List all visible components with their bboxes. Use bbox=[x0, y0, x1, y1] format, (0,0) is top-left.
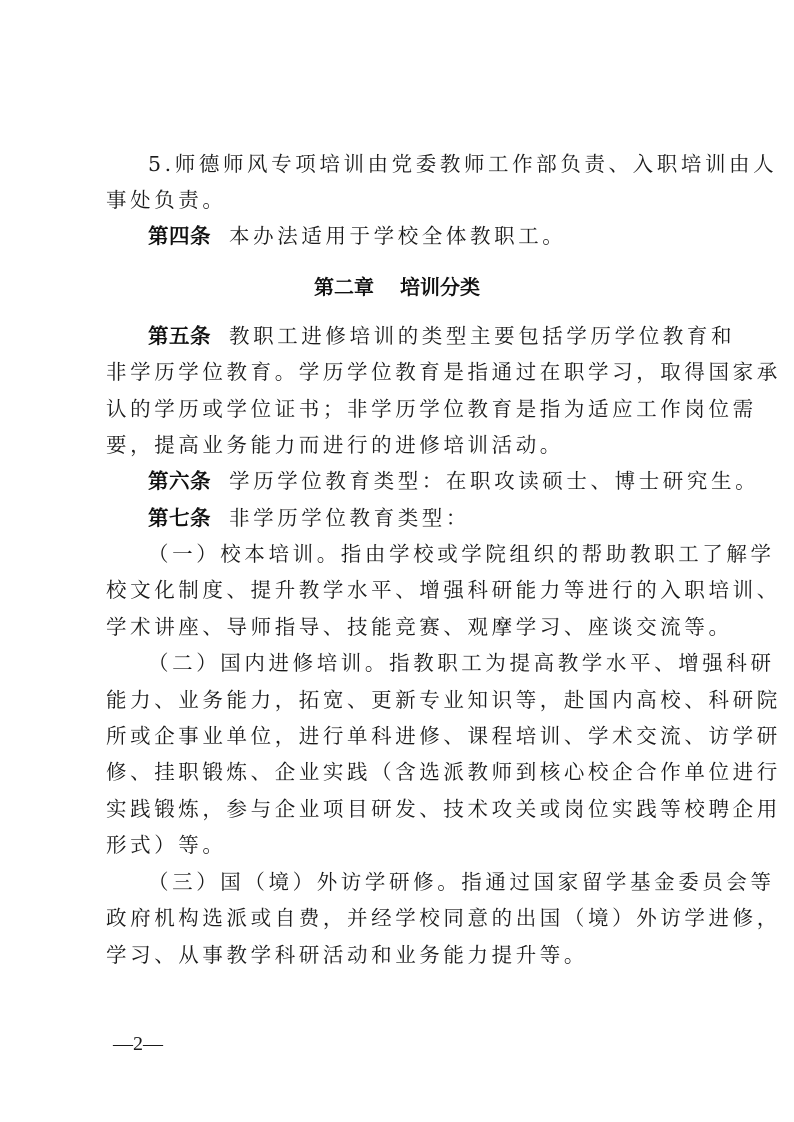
item1-line-1: （一）校本培训。指由学校或学院组织的帮助教职工了解学 bbox=[148, 540, 736, 568]
article-6: 第六条学历学位教育类型：在职攻读硕士、博士研究生。 bbox=[148, 467, 736, 495]
article-4-label: 第四条 bbox=[148, 224, 211, 248]
article-5-line-4: 要，提高业务能力而进行的进修培训活动。 bbox=[106, 431, 694, 459]
article-6-text: 学历学位教育类型：在职攻读硕士、博士研究生。 bbox=[229, 469, 759, 493]
item5-line-1: 5.师德师风专项培训由党委教师工作部负责、入职培训由人 bbox=[148, 150, 736, 178]
item3-line-1: （三）国（境）外访学研修。指通过国家留学基金委员会等 bbox=[148, 868, 736, 896]
article-5-label: 第五条 bbox=[148, 324, 211, 348]
item3-line-3: 学习、从事教学科研活动和业务能力提升等。 bbox=[106, 941, 694, 969]
document-page: 5.师德师风专项培训由党委教师工作部负责、入职培训由人 事处负责。 第四条本办法… bbox=[0, 0, 794, 1122]
item2-line-4: 修、挂职锻炼、企业实践（含选派教师到核心校企合作单位进行 bbox=[106, 758, 694, 786]
article-7: 第七条非学历学位教育类型： bbox=[148, 504, 736, 532]
article-4: 第四条本办法适用于学校全体教职工。 bbox=[148, 222, 736, 250]
article-4-text: 本办法适用于学校全体教职工。 bbox=[229, 224, 566, 248]
item3-line-2: 政府机构选派或自费，并经学校同意的出国（境）外访学进修， bbox=[106, 904, 694, 932]
item1-line-2: 校文化制度、提升教学水平、增强科研能力等进行的入职培训、 bbox=[106, 576, 694, 604]
article-6-label: 第六条 bbox=[148, 469, 211, 493]
item1-line-3: 学术讲座、导师指导、技能竞赛、观摩学习、座谈交流等。 bbox=[106, 613, 694, 641]
chapter-heading: 第二章培训分类 bbox=[0, 273, 794, 301]
article-5-line-3: 认的学历或学位证书；非学历学位教育是指为适应工作岗位需 bbox=[106, 395, 694, 423]
item2-line-1: （二）国内进修培训。指教职工为提高教学水平、增强科研 bbox=[148, 649, 736, 677]
item2-line-5: 实践锻炼，参与企业项目研发、技术攻关或岗位实践等校聘企用 bbox=[106, 795, 694, 823]
item2-line-2: 能力、业务能力，拓宽、更新专业知识等，赴国内高校、科研院 bbox=[106, 686, 694, 714]
article-7-text: 非学历学位教育类型： bbox=[229, 506, 470, 530]
chapter-title: 培训分类 bbox=[400, 273, 480, 301]
item2-line-3: 所或企事业单位，进行单科进修、课程培训、学术交流、访学研 bbox=[106, 722, 694, 750]
page-number: —2— bbox=[113, 1033, 163, 1056]
article-7-label: 第七条 bbox=[148, 506, 211, 530]
article-5-line-2: 非学历学位教育。学历学位教育是指通过在职学习，取得国家承 bbox=[106, 358, 694, 386]
article-5-line-1: 第五条教职工进修培训的类型主要包括学历学位教育和 bbox=[148, 322, 736, 350]
item2-line-6: 形式）等。 bbox=[106, 831, 694, 859]
article-5-text: 教职工进修培训的类型主要包括学历学位教育和 bbox=[229, 324, 735, 348]
chapter-number: 第二章 bbox=[314, 273, 374, 301]
item5-line-2: 事处负责。 bbox=[106, 186, 694, 214]
